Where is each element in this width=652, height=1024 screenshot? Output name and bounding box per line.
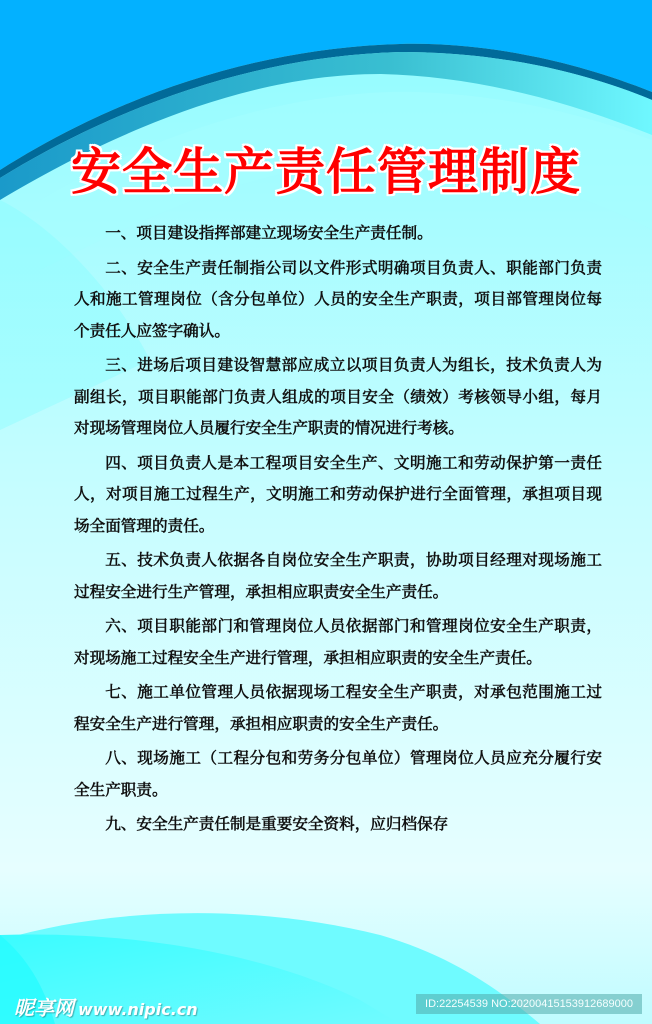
watermark-logo-text: 昵享网 xyxy=(14,996,74,1020)
regulation-item-8: 八、现场施工（工程分包和劳务分包单位）管理岗位人员应充分履行安全生产职责。 xyxy=(74,743,602,806)
regulation-item-6: 六、项目职能部门和管理岗位人员依据部门和管理岗位安全生产职责，对现场施工过程安全… xyxy=(74,611,602,674)
regulation-item-2: 二、安全生产责任制指公司以文件形式明确项目负责人、职能部门负责人和施工管理岗位（… xyxy=(74,253,602,348)
regulation-item-7: 七、施工单位管理人员依据现场工程安全生产职责，对承包范围施工过程安全生产进行管理… xyxy=(74,677,602,740)
regulation-item-9: 九、安全生产责任制是重要安全资料，应归档保存 xyxy=(74,809,602,841)
regulation-body: 一、项目建设指挥部建立现场安全生产责任制。 二、安全生产责任制指公司以文件形式明… xyxy=(74,218,602,844)
watermark-logo: 昵享网www.nipic.cn xyxy=(14,992,198,1021)
regulation-item-4: 四、项目负责人是本工程项目安全生产、文明施工和劳动保护第一责任人，对项目施工过程… xyxy=(74,448,602,543)
watermark-url: www.nipic.cn xyxy=(78,1000,198,1019)
regulation-item-5: 五、技术负责人依据各自岗位安全生产职责，协助项目经理对现场施工过程安全进行生产管… xyxy=(74,545,602,608)
page-title: 安全生产责任管理制度 xyxy=(0,132,652,204)
watermark-id-badge: ID:22254539 NO:20200415153912689000 xyxy=(416,994,642,1014)
regulation-item-1: 一、项目建设指挥部建立现场安全生产责任制。 xyxy=(74,218,602,250)
regulation-item-3: 三、进场后项目建设智慧部应成立以项目负责人为组长，技术负责人为副组长，项目职能部… xyxy=(74,350,602,445)
